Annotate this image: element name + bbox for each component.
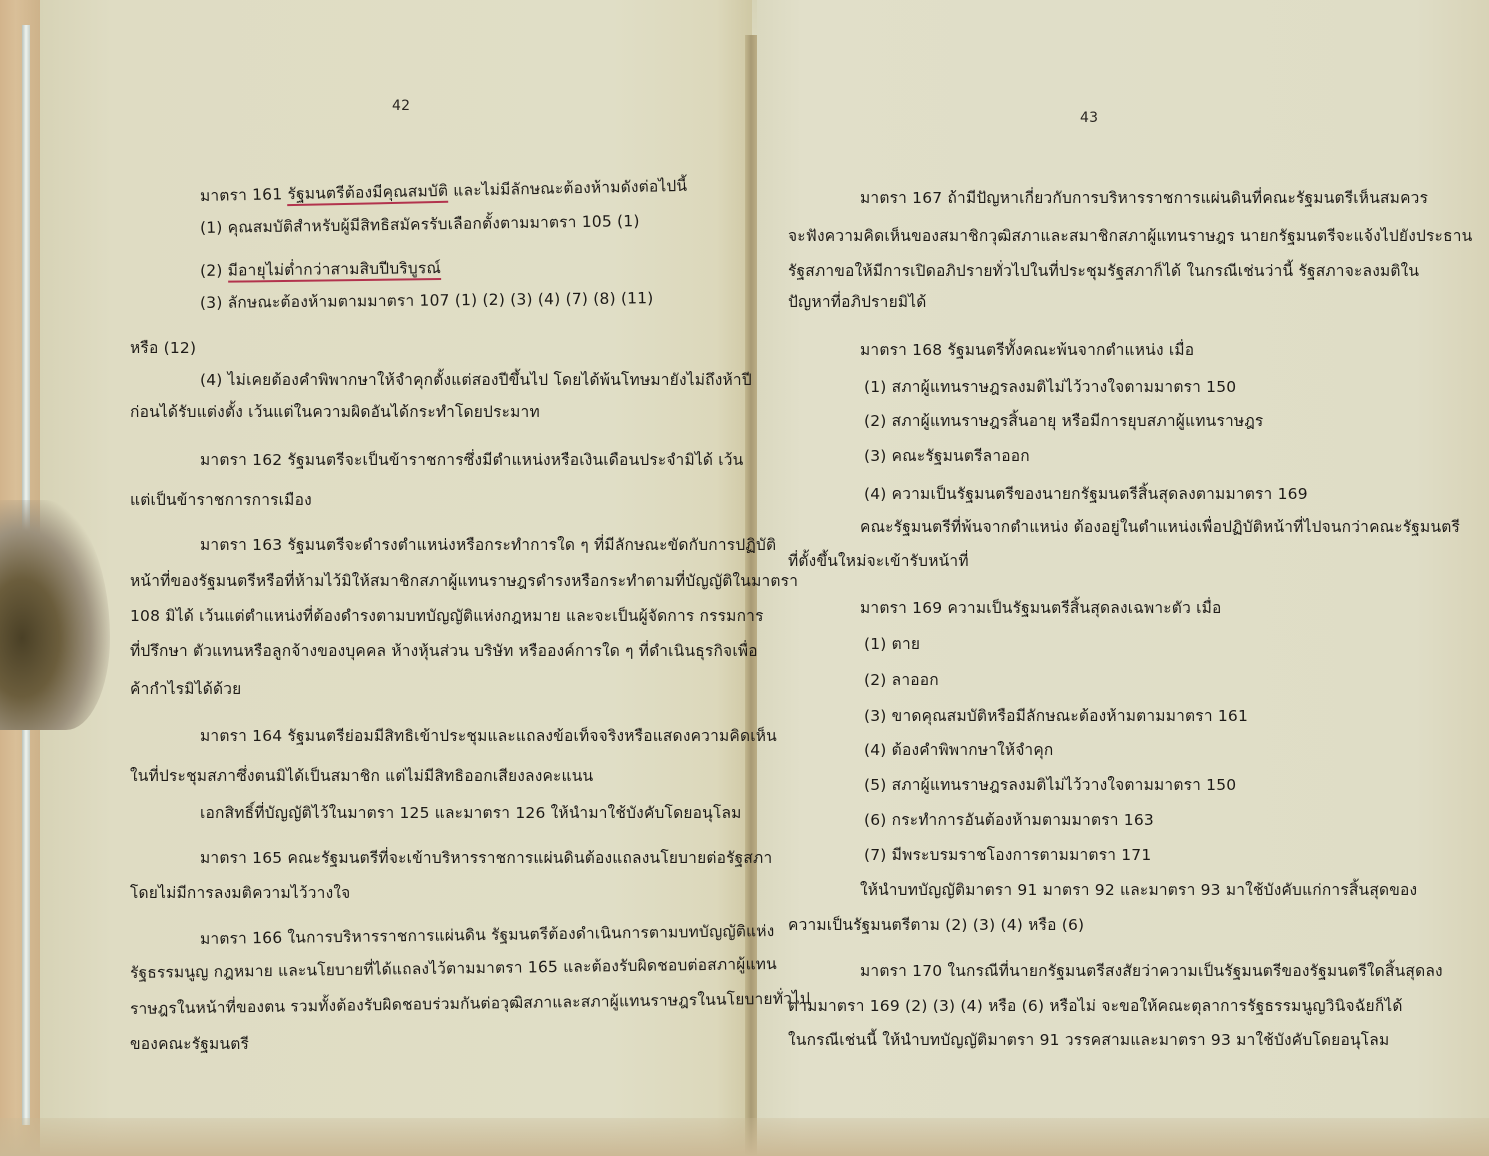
text-line: เอกสิทธิ์ที่บัญญัติไว้ในมาตรา 125 และมาต… — [200, 800, 742, 825]
list-item: (2) สภาผู้แทนราษฎรสิ้นอายุ หรือมีการยุบส… — [864, 408, 1263, 433]
text-line: ความเป็นรัฐมนตรีตาม (2) (3) (4) หรือ (6) — [788, 912, 1084, 937]
text-line: ค้ากำไรมิได้ด้วย — [130, 676, 241, 701]
list-item: (4) ไม่เคยต้องคำพิพากษาให้จำคุกตั้งแต่สอ… — [200, 367, 752, 392]
section-169: มาตรา 169 ความเป็นรัฐมนตรีสิ้นสุดลงเฉพาะ… — [860, 595, 1222, 620]
list-item: (4) ความเป็นรัฐมนตรีของนายกรัฐมนตรีสิ้นส… — [864, 481, 1308, 506]
list-item: (6) กระทำการอันต้องห้ามตามมาตรา 163 — [864, 807, 1154, 832]
book-spread: 42 มาตรา 161 รัฐมนตรีต้องมีคุณสมบัติ และ… — [0, 0, 1489, 1156]
text-line: แต่เป็นข้าราชการการเมือง — [130, 487, 312, 512]
text-line: รัฐสภาขอให้มีการเปิดอภิปรายทั่วไปในที่ปร… — [788, 258, 1419, 283]
list-item: (4) ต้องคำพิพากษาให้จำคุก — [864, 737, 1053, 762]
section-168: มาตรา 168 รัฐมนตรีทั้งคณะพ้นจากตำแหน่ง เ… — [860, 337, 1194, 362]
text-line: ปัญหาที่อภิปรายมิได้ — [788, 289, 927, 314]
list-item: (1) ตาย — [864, 631, 920, 656]
list-item: (3) คณะรัฐมนตรีลาออก — [864, 443, 1030, 468]
text-line: ก่อนได้รับแต่งตั้ง เว้นแต่ในความผิดอันได… — [130, 399, 540, 424]
list-item: (2) มีอายุไม่ต่ำกว่าสามสิบปีบริบูรณ์ — [200, 255, 441, 283]
page-number: 43 — [1080, 110, 1098, 126]
text-line: หรือ (12) — [130, 335, 196, 360]
list-item: (1) สภาผู้แทนราษฎรลงมติไม่ไว้วางใจตามมาต… — [864, 374, 1236, 399]
bottom-edge — [0, 1118, 1489, 1156]
section-162: มาตรา 162 รัฐมนตรีจะเป็นข้าราชการซึ่งมีต… — [200, 447, 743, 472]
text-line: ในกรณีเช่นนี้ ให้นำบทบัญญัติมาตรา 91 วรร… — [788, 1027, 1389, 1052]
text-line: ที่ตั้งขึ้นใหม่จะเข้ารับหน้าที่ — [788, 548, 969, 573]
list-item: (2) ลาออก — [864, 667, 939, 692]
text-line: ในที่ประชุมสภาซึ่งตนมิได้เป็นสมาชิก แต่ไ… — [130, 763, 593, 788]
text-line: ของคณะรัฐมนตรี — [130, 1031, 249, 1056]
text-line: โดยไม่มีการลงมติความไว้วางใจ — [130, 880, 350, 905]
list-item: (5) สภาผู้แทนราษฎรลงมติไม่ไว้วางใจตามมาต… — [864, 772, 1236, 797]
text-line: หน้าที่ของรัฐมนตรีหรือที่ห้ามไว้มิให้สมา… — [130, 568, 798, 593]
text-line: จะฟังความคิดเห็นของสมาชิกวุฒิสภาและสมาชิ… — [788, 223, 1472, 248]
text-line: ที่ปรึกษา ตัวแทนหรือลูกจ้างของบุคคล ห้าง… — [130, 638, 758, 663]
list-item: (3) ลักษณะต้องห้ามตามมาตรา 107 (1) (2) (… — [200, 285, 654, 315]
text-line: ให้นำบทบัญญัติมาตรา 91 มาตรา 92 และมาตรา… — [860, 877, 1417, 902]
text-line: คณะรัฐมนตรีที่พ้นจากตำแหน่ง ต้องอยู่ในตำ… — [860, 514, 1460, 539]
section-170: มาตรา 170 ในกรณีที่นายกรัฐมนตรีสงสัยว่าค… — [860, 958, 1443, 983]
section-167: มาตรา 167 ถ้ามีปัญหาเกี่ยวกับการบริหารรา… — [860, 185, 1428, 210]
highlighted-phrase: มีอายุไม่ต่ำกว่าสามสิบปีบริบูรณ์ — [228, 259, 442, 283]
section-164: มาตรา 164 รัฐมนตรีย่อมมีสิทธิเข้าประชุมแ… — [200, 723, 777, 748]
text-line: 108 มิได้ เว้นแต่ตำแหน่งที่ต้องดำรงตามบท… — [130, 603, 764, 628]
list-item: (3) ขาดคุณสมบัติหรือมีลักษณะต้องห้ามตามม… — [864, 703, 1248, 728]
page-number: 42 — [392, 98, 410, 114]
list-item: (7) มีพระบรมราชโองการตามมาตรา 171 — [864, 842, 1151, 867]
section-165: มาตรา 165 คณะรัฐมนตรีที่จะเข้าบริหารราชก… — [200, 845, 772, 870]
section-163: มาตรา 163 รัฐมนตรีจะดำรงตำแหน่งหรือกระทำ… — [200, 532, 776, 557]
text-line: ตามมาตรา 169 (2) (3) (4) หรือ (6) หรือไม… — [788, 993, 1403, 1018]
highlighted-phrase: รัฐมนตรีต้องมีคุณสมบัติ — [287, 182, 448, 206]
